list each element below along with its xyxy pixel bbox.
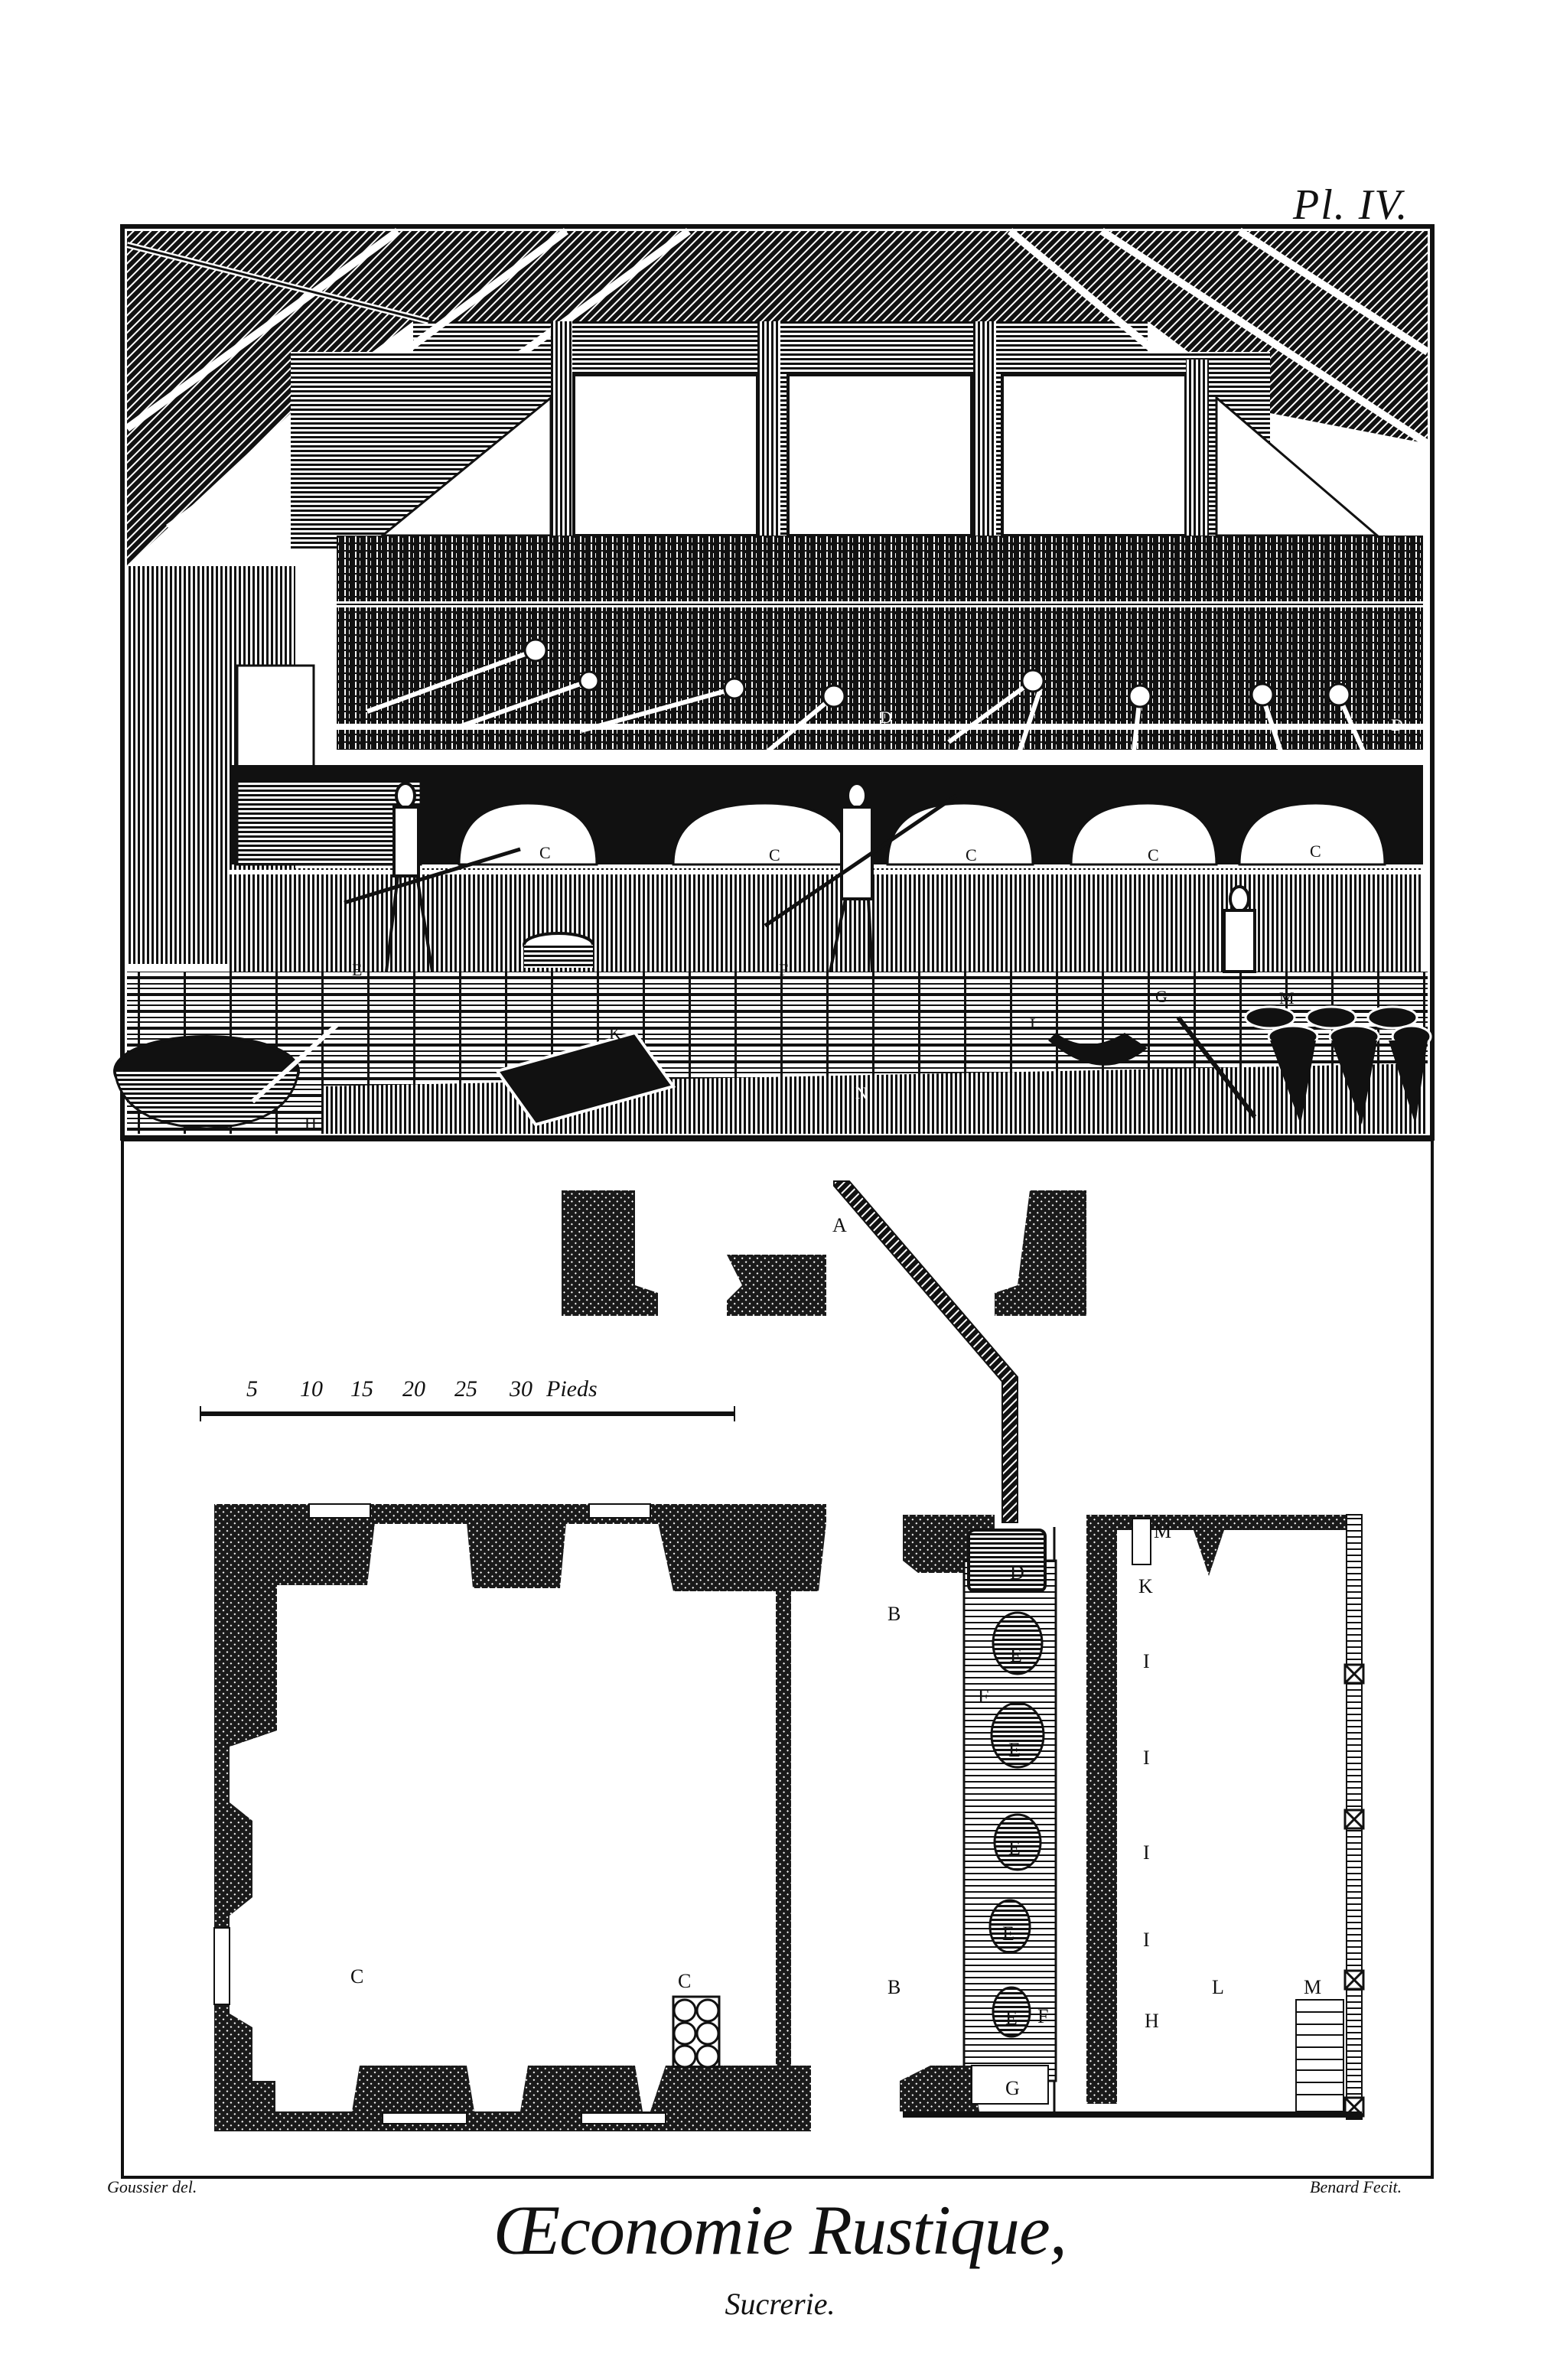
label-M-bottom: M [1304, 1976, 1321, 1998]
label-I-4: I [1143, 1929, 1150, 1951]
label-M-top: M [1154, 1520, 1171, 1542]
label-D-plan: D [1010, 1561, 1024, 1584]
label-H-plan: H [1145, 2010, 1159, 2032]
label-C-2: C [769, 845, 780, 864]
label-C-5: C [1310, 842, 1321, 861]
label-G-plan: G [1005, 2077, 1020, 2099]
label-I-2: I [1143, 1747, 1150, 1769]
scale-tick-30: 30 [509, 1376, 532, 1402]
label-E-1: E [1010, 1644, 1022, 1666]
label-C-right: C [678, 1970, 691, 1992]
scale-tick-15: 15 [350, 1376, 373, 1402]
label-A: A [832, 1214, 847, 1236]
label-L-plan: L [1212, 1976, 1224, 1998]
label-H-scene: H [305, 1114, 317, 1133]
label-E-3: E [1008, 1837, 1021, 1859]
scale-tick-5: 5 [246, 1376, 258, 1402]
label-F-2: F [1037, 2005, 1048, 2027]
scale-tick-10: 10 [300, 1376, 323, 1402]
label-D-scene: D [880, 708, 892, 727]
floor-plan: A 5 10 15 20 25 30 Pieds C [122, 1138, 1432, 2177]
scale-unit: Pieds [546, 1376, 598, 1402]
interior-scene: D D C C C C C [115, 226, 1432, 1138]
label-E-4: E [1002, 1923, 1014, 1945]
scale-bar: 5 10 15 20 25 30 Pieds [200, 1376, 734, 1421]
label-F-scene: F [779, 960, 788, 979]
scale-tick-25: 25 [454, 1376, 477, 1402]
scale-tick-20: 20 [402, 1376, 425, 1402]
label-E-scene: E [352, 960, 362, 979]
label-F-1: F [978, 1685, 988, 1708]
label-N-scene: N [855, 1083, 868, 1102]
label-E-5: E [1005, 2007, 1018, 2029]
label-C-left: C [350, 1965, 363, 1988]
label-C-1: C [539, 843, 551, 862]
label-I-scene: I [549, 979, 555, 998]
label-D-scene-right: D [1391, 715, 1403, 734]
label-C-3: C [966, 845, 977, 864]
label-K-scene: K [609, 1024, 621, 1043]
label-E-2: E [1008, 1739, 1021, 1761]
label-L-scene: L [1030, 1014, 1040, 1034]
label-M-scene: M [1279, 988, 1295, 1008]
staircase [1296, 2000, 1343, 2111]
label-B-bottom: B [887, 1976, 901, 1998]
plate-subtitle: Sucrerie. [0, 2286, 1560, 2322]
engraving: D D C C C C C [0, 0, 1560, 2380]
label-C-4: C [1148, 845, 1159, 864]
label-I-1: I [1143, 1650, 1150, 1672]
plate-title: Œconomie Rustique, [0, 2190, 1560, 2271]
mould-stack-icon [673, 1997, 719, 2067]
label-I-3: I [1143, 1841, 1150, 1864]
label-G-scene: G [1155, 987, 1168, 1006]
label-B-top: B [887, 1603, 901, 1625]
label-K-plan: K [1138, 1575, 1153, 1597]
